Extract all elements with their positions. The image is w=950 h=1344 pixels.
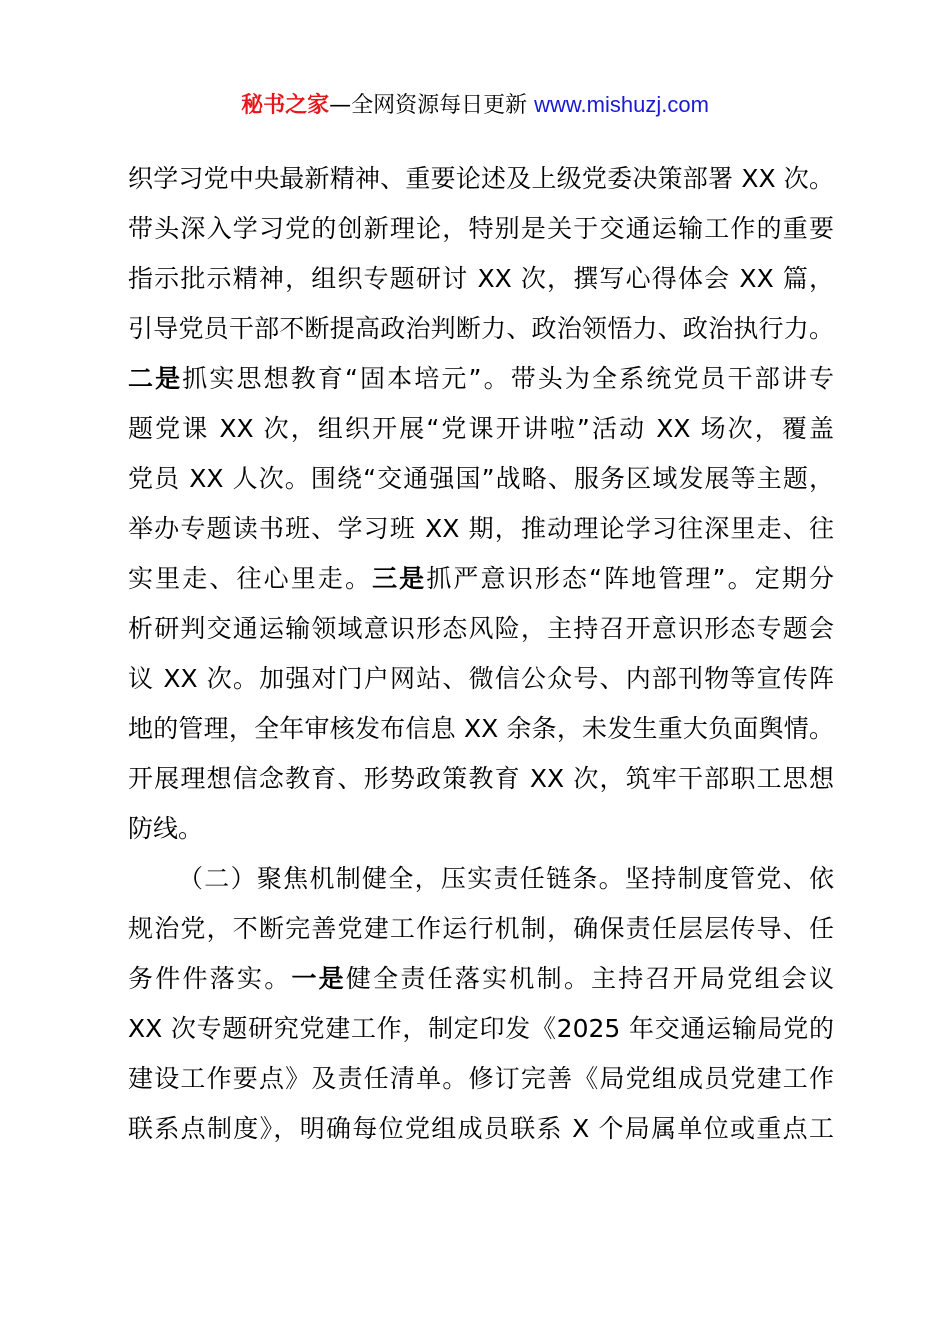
text-line: XX 次专题研究党建工作，制定印发《2025 年交通运输局党的 (128, 1004, 834, 1054)
text-line: 引导党员干部不断提高政治判断力、政治领悟力、政治执行力。 (128, 304, 834, 354)
header-slogan: —全网资源每日更新 (329, 93, 534, 118)
text-segment: 抓严意识形态“阵地管理”。定期分 (426, 564, 834, 593)
bold-ordinal-label: 一是 (291, 964, 345, 993)
text-segment: 析研判交通运输领域意识形态风险，主持召开意识形态专题会 (128, 614, 834, 643)
text-segment: 实里走、往心里走。 (128, 564, 372, 593)
text-segment: 题党课 XX 次，组织开展“党课开讲啦”活动 XX 场次，覆盖 (128, 414, 834, 443)
bold-ordinal-label: 二是 (128, 364, 182, 393)
text-segment: 织学习党中央最新精神、重要论述及上级党委决策部署 XX 次。 (128, 164, 834, 193)
text-segment: 党员 XX 人次。围绕“交通强国”战略、服务区域发展等主题， (128, 464, 834, 493)
text-line: 指示批示精神，组织专题研讨 XX 次，撰写心得体会 XX 篇， (128, 254, 834, 304)
text-segment: 指示批示精神，组织专题研讨 XX 次，撰写心得体会 XX 篇， (128, 264, 834, 293)
text-segment: 规治党，不断完善党建工作运行机制，确保责任层层传导、任 (128, 914, 834, 943)
text-segment: 举办专题读书班、学习班 XX 期，推动理论学习往深里走、往 (128, 514, 834, 543)
page-header: 秘书之家—全网资源每日更新 www.mishuzj.com (0, 88, 950, 123)
text-segment: （二）聚焦机制健全，压实责任链条。坚持制度管党、依 (178, 864, 834, 893)
text-line: 开展理想信念教育、形势政策教育 XX 次，筑牢干部职工思想 (128, 754, 834, 804)
text-segment: 防线。 (128, 814, 203, 843)
text-line: 举办专题读书班、学习班 XX 期，推动理论学习往深里走、往 (128, 504, 834, 554)
text-line: 析研判交通运输领域意识形态风险，主持召开意识形态专题会 (128, 604, 834, 654)
text-line: 题党课 XX 次，组织开展“党课开讲啦”活动 XX 场次，覆盖 (128, 404, 834, 454)
text-segment: 抓实思想教育“固本培元”。带头为全系统党员干部讲专 (182, 364, 834, 393)
text-line: 织学习党中央最新精神、重要论述及上级党委决策部署 XX 次。 (128, 154, 834, 204)
text-line: 地的管理，全年审核发布信息 XX 余条，未发生重大负面舆情。 (128, 704, 834, 754)
text-line: 党员 XX 人次。围绕“交通强国”战略、服务区域发展等主题， (128, 454, 834, 504)
text-line: 议 XX 次。加强对门户网站、微信公众号、内部刊物等宣传阵 (128, 654, 834, 704)
brand-name: 秘书之家 (241, 93, 329, 118)
text-line: 联系点制度》，明确每位党组成员联系 X 个局属单位或重点工 (128, 1104, 834, 1154)
text-line: 二是抓实思想教育“固本培元”。带头为全系统党员干部讲专 (128, 354, 834, 404)
document-body: 织学习党中央最新精神、重要论述及上级党委决策部署 XX 次。带头深入学习党的创新… (128, 154, 834, 1154)
text-segment: 开展理想信念教育、形势政策教育 XX 次，筑牢干部职工思想 (128, 764, 834, 793)
text-segment: 带头深入学习党的创新理论，特别是关于交通运输工作的重要 (128, 214, 834, 243)
text-line: 务件件落实。一是健全责任落实机制。主持召开局党组会议 (128, 954, 834, 1004)
text-segment: 地的管理，全年审核发布信息 XX 余条，未发生重大负面舆情。 (128, 714, 834, 743)
text-segment: XX 次专题研究党建工作，制定印发《2025 年交通运输局党的 (128, 1014, 834, 1043)
site-url-link[interactable]: www.mishuzj.com (534, 92, 709, 117)
text-segment: 联系点制度》，明确每位党组成员联系 X 个局属单位或重点工 (128, 1114, 834, 1143)
text-line: 防线。 (128, 804, 834, 854)
text-line: 带头深入学习党的创新理论，特别是关于交通运输工作的重要 (128, 204, 834, 254)
text-segment: 务件件落实。 (128, 964, 291, 993)
text-line: 规治党，不断完善党建工作运行机制，确保责任层层传导、任 (128, 904, 834, 954)
text-segment: 议 XX 次。加强对门户网站、微信公众号、内部刊物等宣传阵 (128, 664, 834, 693)
paragraph-heading-line: （二）聚焦机制健全，压实责任链条。坚持制度管党、依 (128, 854, 834, 904)
bold-ordinal-label: 三是 (372, 564, 426, 593)
text-segment: 建设工作要点》及责任清单。修订完善《局党组成员党建工作 (128, 1064, 834, 1093)
text-segment: 健全责任落实机制。主持召开局党组会议 (346, 964, 834, 993)
text-line: 建设工作要点》及责任清单。修订完善《局党组成员党建工作 (128, 1054, 834, 1104)
text-segment: 引导党员干部不断提高政治判断力、政治领悟力、政治执行力。 (128, 314, 834, 343)
text-line: 实里走、往心里走。三是抓严意识形态“阵地管理”。定期分 (128, 554, 834, 604)
